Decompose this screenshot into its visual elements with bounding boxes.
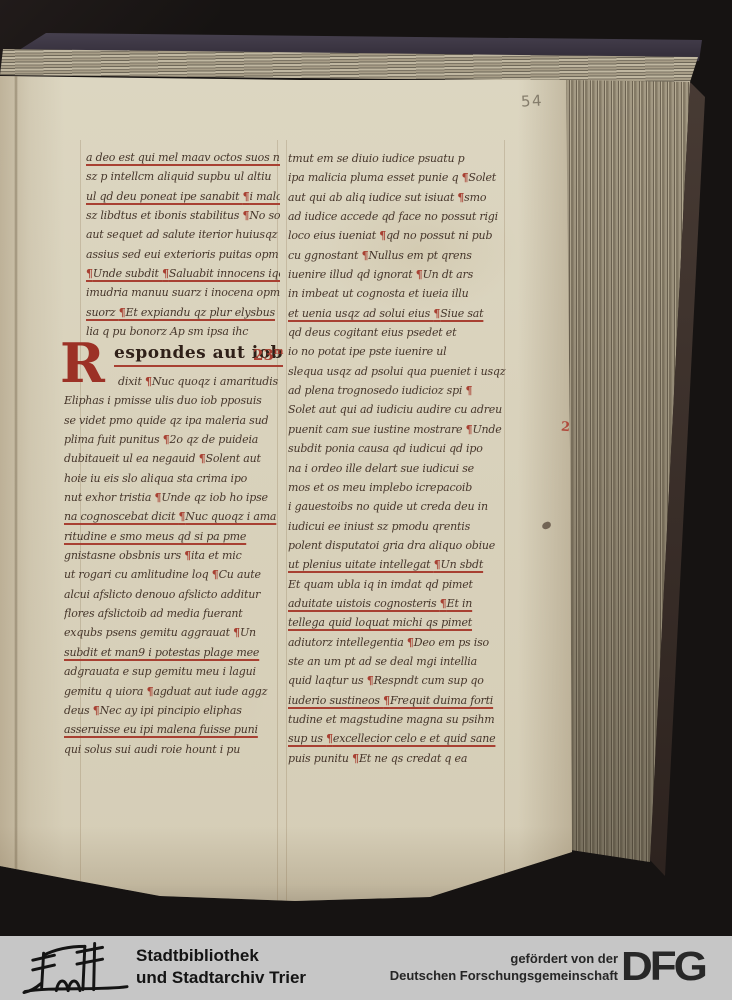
pilcrow-mark: ¶ [243, 190, 250, 203]
manuscript-line: alcui afslicto denouo afslicto additur [64, 585, 280, 604]
manuscript-line: sz libdtus et ibonis stabilitus ¶No sola [86, 206, 280, 225]
manuscript-line: i gauestoibs no quide ut creda deu in [288, 497, 506, 516]
ruling-line-intercolumn-right [286, 140, 287, 928]
pilcrow-mark: ¶ [466, 384, 473, 397]
pilcrow-mark: ¶ [178, 510, 185, 523]
porta-nigra-logo-icon [22, 937, 130, 999]
manuscript-line: slequa usqz ad psolui qua pueniet i usqz [288, 362, 506, 381]
pilcrow-mark: ¶ [362, 249, 369, 262]
manuscript-line: puenit cam sue iustine mostrare ¶Unde [288, 420, 506, 439]
manuscript-line: aut qui ab aliq iudice sut isiuat ¶smo [288, 188, 506, 207]
manuscript-line: hoie iu eis slo aliqua sta crima ipo [64, 469, 280, 488]
manuscript-scan-view: 54 a deo est qui mel maav octos suos nes… [0, 0, 732, 1000]
manuscript-line: dubitaueit ul ea negauid ¶Solent aut [64, 449, 280, 468]
chapter-number-superscript: m [274, 347, 284, 357]
manuscript-line: cu ggnostant ¶Nullus em pt qrens [288, 246, 506, 265]
text-column-1-lower: dixit ¶Nuc quoqz i amaritudis 25Eliphas … [64, 372, 280, 759]
manuscript-line: exqubs psens gemitu aggrauat ¶Un [64, 623, 280, 642]
pilcrow-mark: ¶ [433, 307, 440, 320]
manuscript-line: qd deus cogitant eius psedet et [288, 323, 506, 342]
pilcrow-mark: ¶ [199, 452, 206, 465]
manuscript-line: polent disputatoi gria dra aliquo obiue [288, 536, 506, 555]
manuscript-line: ritudine e smo meus qd si pa pme [64, 527, 280, 546]
pilcrow-mark: ¶ [352, 752, 359, 765]
manuscript-line: ipa malicia pluma esset punie q ¶Solet [288, 168, 506, 187]
text-column-1-upper: a deo est qui mel maav octos suos nesz p… [86, 148, 280, 341]
manuscript-line: na i ordeo ille delart sue iudicui se [288, 459, 506, 478]
pilcrow-mark: ¶ [163, 433, 170, 446]
manuscript-line: ad plena trognosedo iudicioz spi ¶ [288, 381, 506, 400]
manuscript-line: adgrauata e sup gemitu meu i lagui [64, 662, 280, 681]
institution-name-line2: und Stadtarchiv Trier [136, 967, 306, 989]
manuscript-line: gemitu q uiora ¶agduat aut iude aggz [64, 682, 280, 701]
pilcrow-mark: ¶ [147, 685, 154, 698]
digitization-footer-bar: Stadtbibliothek und Stadtarchiv Trier ge… [0, 936, 732, 1000]
pilcrow-mark: ¶ [440, 597, 447, 610]
pilcrow-mark: ¶ [462, 171, 469, 184]
manuscript-line: deus ¶Nec ay ipi pincipio eliphas [64, 701, 280, 720]
pilcrow-mark: ¶ [466, 423, 473, 436]
funding-credit-line1: gefördert von der [300, 951, 618, 968]
manuscript-line: mos et os meu implebo icrepacoib [288, 478, 506, 497]
pilcrow-mark: ¶ [86, 267, 93, 280]
manuscript-line: se videt pmo quide qz ipa maleria sud [64, 411, 280, 430]
page-fold-line [14, 60, 18, 910]
manuscript-line: iudicui ee iniust sz pmodu qrentis [288, 517, 506, 536]
manuscript-line: in imbeat ut cognosta et iueia illu [288, 284, 506, 303]
pilcrow-mark: ¶ [326, 732, 333, 745]
manuscript-line: sz p intellcm aliquid supbu ul altiu [86, 167, 280, 186]
manuscript-line: tmut em se diuio iudice psuatu p [288, 149, 506, 168]
manuscript-line: tudine et magstudine magna su psihm [288, 710, 506, 729]
manuscript-line: qui solus sui audi roie hount i pu [64, 740, 280, 759]
manuscript-line: tellega quid loquat michi qs pimet [288, 613, 506, 632]
chapter-number-value: 23 [253, 346, 274, 364]
pilcrow-mark: ¶ [243, 209, 250, 222]
margin-quire-mark: 2 [561, 421, 571, 435]
institution-name-line1: Stadtbibliothek [136, 945, 306, 967]
funding-credit-line2: Deutschen Forschungsgemeinschaft [300, 968, 618, 985]
manuscript-line: subdit ponia causa qd iudicui qd ipo [288, 439, 506, 458]
pilcrow-mark: ¶ [416, 268, 423, 281]
manuscript-line: ut rogari cu amlitudine loq ¶Cu aute [64, 565, 280, 584]
pilcrow-mark: ¶ [212, 568, 219, 581]
manuscript-line: na cognoscebat dicit ¶Nuc quoqz i ama [64, 507, 280, 526]
manuscript-line: et uenia usqz ad solui eius ¶Siue sat [288, 304, 506, 323]
manuscript-line: gnistasne obsbnis urs ¶ita et mic [64, 546, 280, 565]
pilcrow-mark: ¶ [119, 306, 126, 319]
manuscript-line: imudria manuu suarz i inocena opm [86, 283, 280, 302]
pilcrow-mark: ¶ [379, 229, 386, 242]
manuscript-line: dixit ¶Nuc quoqz i amaritudis 25 [64, 372, 280, 391]
manuscript-line: iuenire illud qd ignorat ¶Un dt ars [288, 265, 506, 284]
page-right-shading [518, 70, 572, 900]
pilcrow-mark: ¶ [457, 191, 464, 204]
gutter-shading [0, 60, 64, 910]
manuscript-line: quid laqtur us ¶Respndt cum sup qo [288, 671, 506, 690]
manuscript-line: subdit et man9 i potestas plage mee [64, 643, 280, 662]
pilcrow-mark: ¶ [145, 375, 152, 388]
pilcrow-mark: ¶ [93, 704, 100, 717]
pilcrow-mark: ¶ [367, 674, 374, 687]
manuscript-line: Eliphas i pmisse ulis duo iob pposuis [64, 391, 280, 410]
manuscript-line: lia q pu bonorz Ap sm ipsa ihc [86, 322, 280, 341]
manuscript-line: ste an um pt ad se deal mgi intellia [288, 652, 506, 671]
pilcrow-mark: ¶ [184, 549, 191, 562]
pilcrow-mark: ¶ [162, 267, 169, 280]
manuscript-line: ut plenius uitate intellegat ¶Un sbdt [288, 555, 506, 574]
manuscript-line: adiutorz intellegentia ¶Deo em ps iso [288, 633, 506, 652]
manuscript-line: a deo est qui mel maav octos suos ne [86, 148, 280, 167]
manuscript-line: suorz ¶Et expiandu qz plur elysbus [86, 303, 280, 322]
manuscript-line: ul qd deu poneat ipe sanabit ¶i malos [86, 187, 280, 206]
manuscript-line: aut sequet ad salute iterior huiusqz [86, 225, 280, 244]
manuscript-line: iuderio sustineos ¶Frequit duima forti [288, 691, 506, 710]
manuscript-line: ad iudice accede qd face no possut rigi [288, 207, 506, 226]
manuscript-line: asseruisse eu ipi malena fuisse puni [64, 720, 280, 739]
manuscript-line: aduitate uistois cognosteris ¶Et in [288, 594, 506, 613]
pilcrow-mark: ¶ [155, 491, 162, 504]
manuscript-line: Et quam ubla iq in imdat qd pimet [288, 575, 506, 594]
manuscript-line: sup us ¶excellecior celo e et quid sane [288, 729, 506, 748]
manuscript-line: puis punitu ¶Et ne qs credat q ea [288, 749, 506, 768]
institution-name: Stadtbibliothek und Stadtarchiv Trier [136, 945, 306, 988]
manuscript-line: nut exhor tristia ¶Unde qz iob ho ipse [64, 488, 280, 507]
funding-credit: gefördert von der Deutschen Forschungsge… [300, 951, 618, 984]
pilcrow-mark: ¶ [407, 636, 414, 649]
manuscript-line: loco eius iueniat ¶qd no possut ni pub [288, 226, 506, 245]
text-column-2: tmut em se diuio iudice psuatu pipa mali… [288, 149, 506, 768]
manuscript-line: flores afslictoib ad media fuerant [64, 604, 280, 623]
chapter-number: 23m [253, 342, 283, 365]
pilcrow-mark: ¶ [383, 694, 390, 707]
dfg-logo: DFG [621, 942, 705, 992]
manuscript-line: io no potat ipe pste iuenire ul [288, 342, 506, 361]
pilcrow-mark: ¶ [434, 558, 441, 571]
folio-number: 54 [521, 91, 544, 110]
pilcrow-mark: ¶ [233, 626, 240, 639]
manuscript-line: assius sed eui exterioris puitas opm [86, 245, 280, 264]
manuscript-line: Solet aut qui ad iudiciu audire cu adreu [288, 400, 506, 419]
manuscript-line: ¶Unde subdit ¶Saluabit innocens iqo [86, 264, 280, 283]
manuscript-line: plima fuit punitus ¶2o qz de puideia [64, 430, 280, 449]
